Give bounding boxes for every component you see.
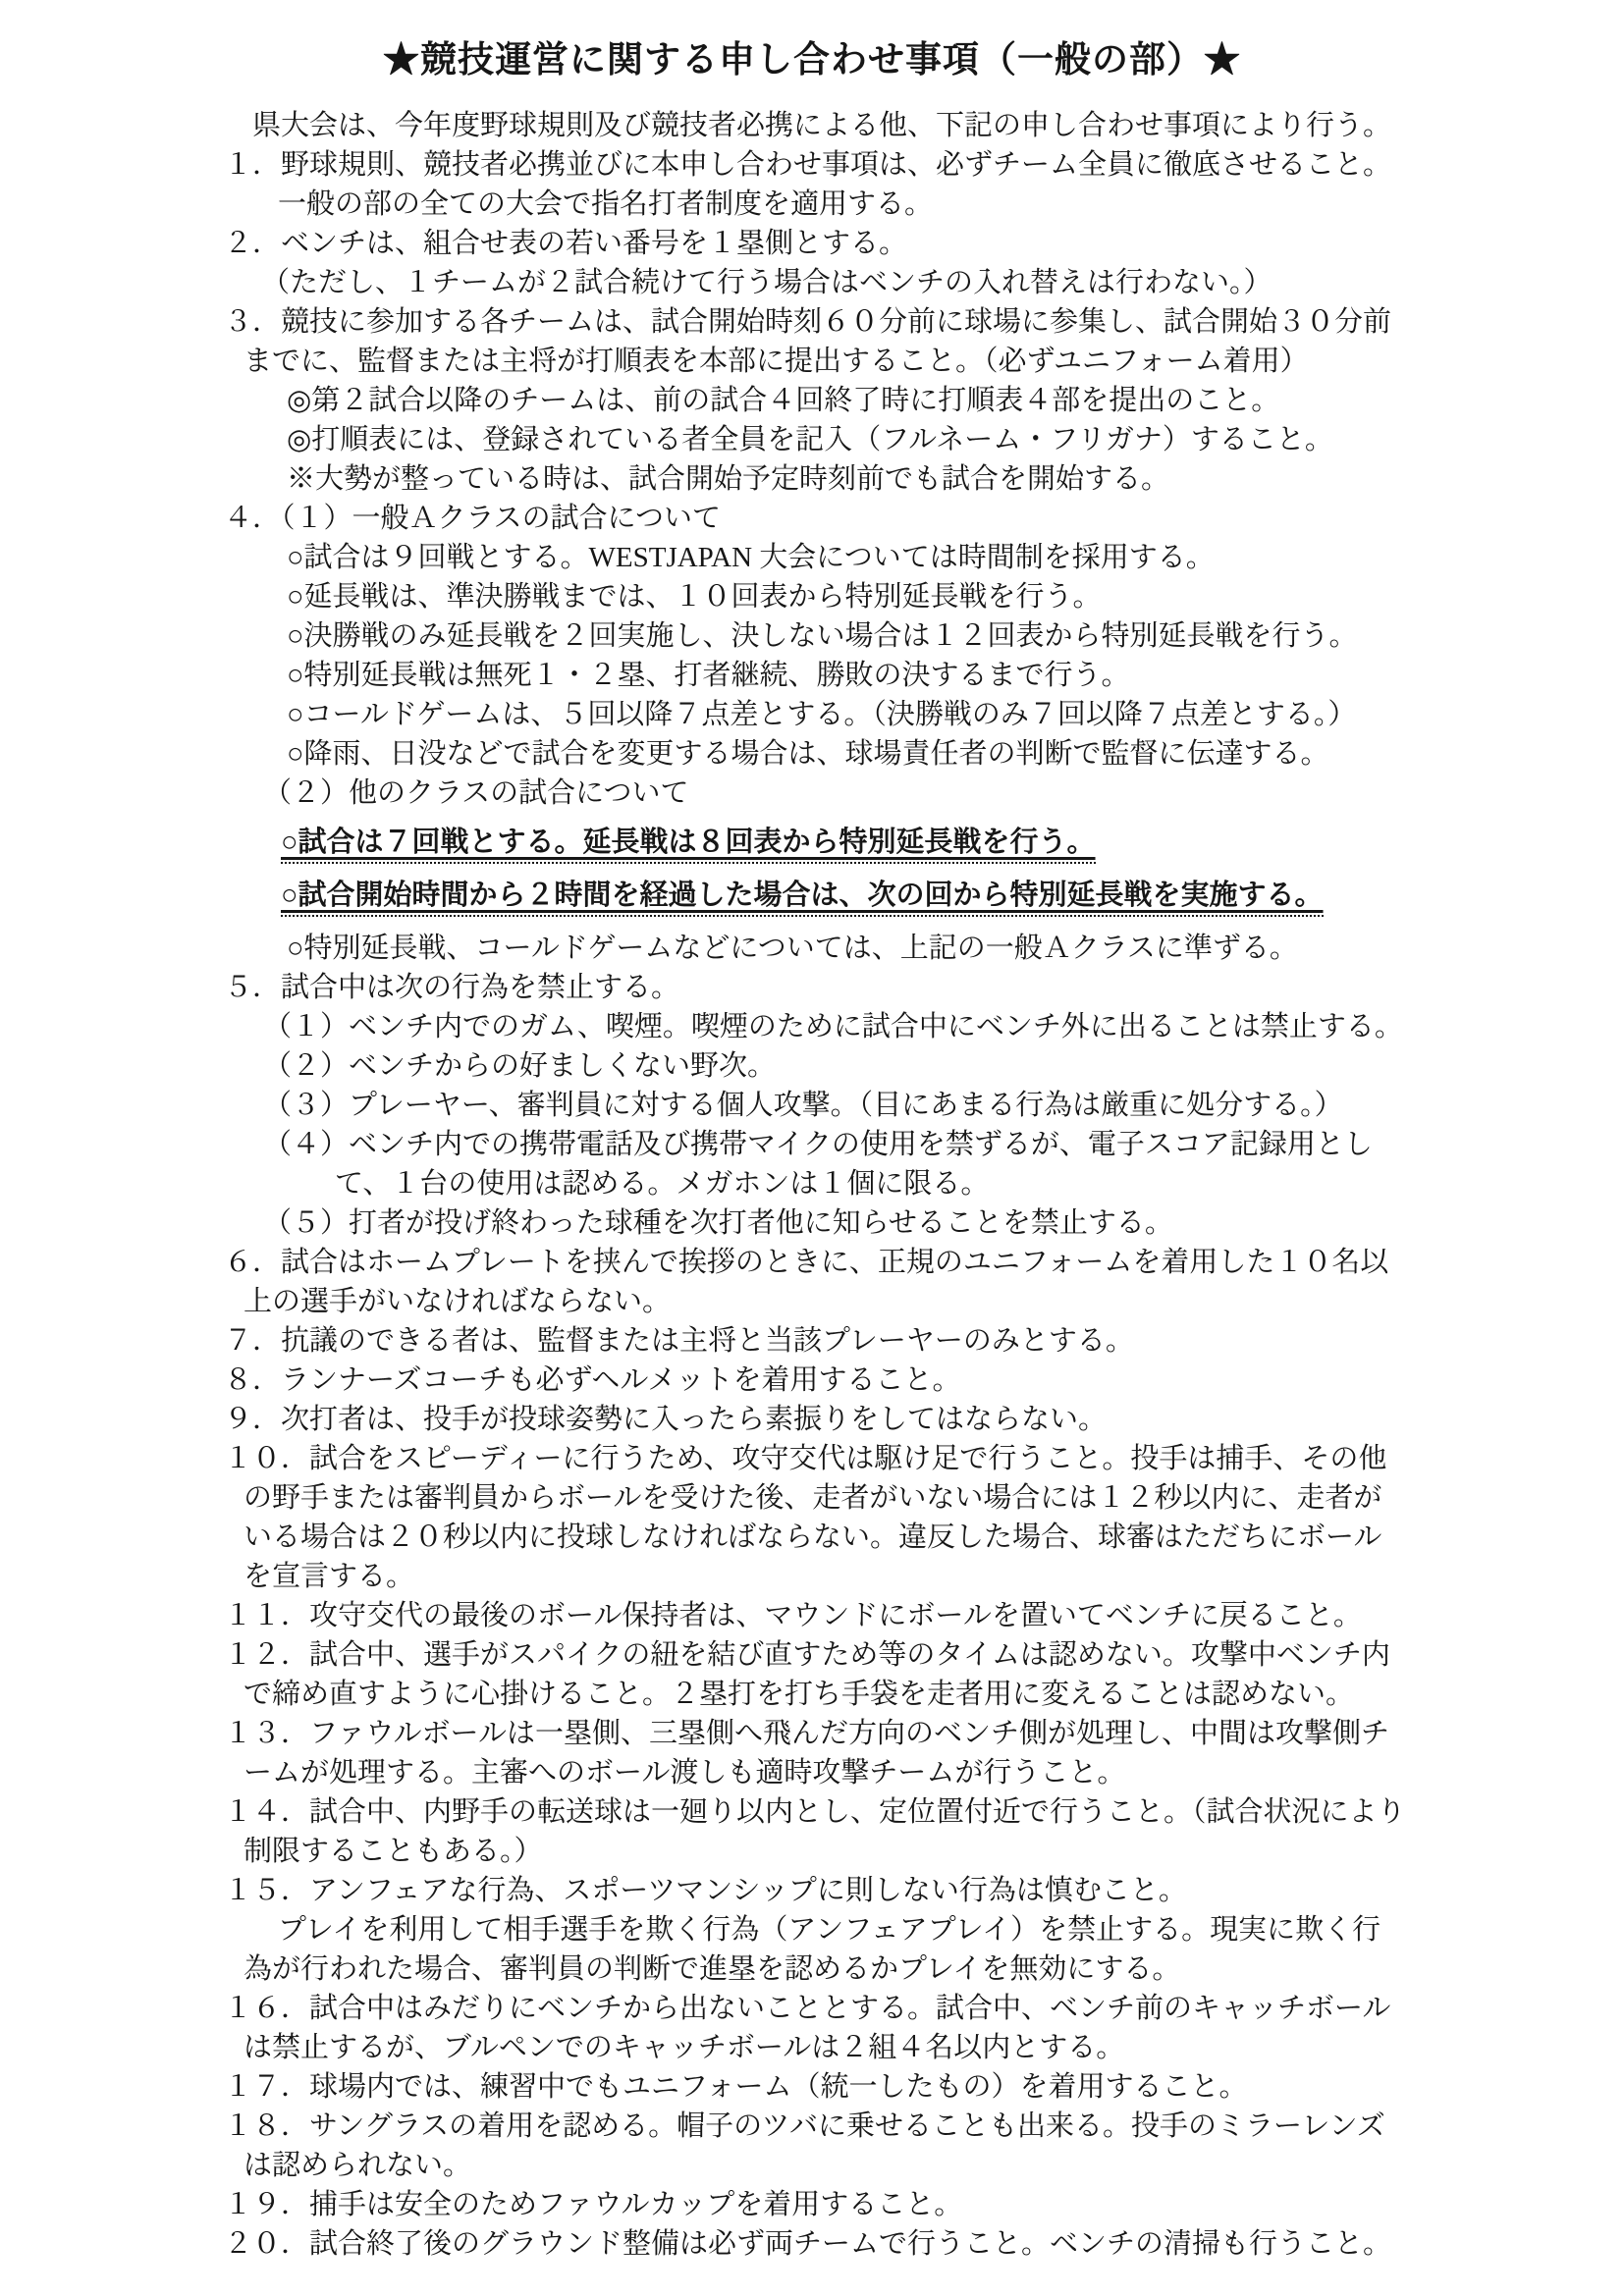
rule-5: ５．試合中は次の行為を禁止する。 [224, 968, 1407, 1007]
rule-4b-special-2: ○試合開始時間から２時間を経過した場合は、次の回から特別延長戦を実施する。 [224, 876, 1407, 915]
rule-4b-special-1: ○試合は７回戦とする。延長戦は８回表から特別延長戦を行う。 [224, 823, 1407, 862]
rule-3-note: ※大勢が整っている時は、試合開始予定時刻前でも試合を開始する。 [224, 459, 1407, 499]
rule-5-sub-3: （３）プレーヤー、審判員に対する個人攻撃。（目にあまる行為は厳重に処分する。） [224, 1086, 1407, 1125]
rule-19: １９．捕手は安全のためファウルカップを着用すること。 [224, 2185, 1407, 2224]
rule-4a-item-5: ○コールドゲームは、５回以降７点差とする。（決勝戦のみ７回以降７点差とする。） [224, 695, 1407, 734]
rule-7: ７．抗議のできる者は、監督または主将と当該プレーヤーのみとする。 [224, 1321, 1407, 1361]
underlined-text: ○試合開始時間から２時間を経過した場合は、次の回から特別延長戦を実施する。 [281, 880, 1324, 917]
rule-9: ９．次打者は、投手が投球姿勢に入ったら素振りをしてはならない。 [224, 1400, 1407, 1439]
rule-4-class-b-heading: （２）他のクラスの試合について [224, 774, 1407, 813]
rule-4a-item-3: ○決勝戦のみ延長戦を２回実施し、決しない場合は１２回表から特別延長戦を行う。 [224, 616, 1407, 656]
rule-8: ８．ランナーズコーチも必ずヘルメットを着用すること。 [224, 1361, 1407, 1400]
rule-15: １５．アンフェアな行為、スポーツマンシップに則しない行為は慎むこと。 [224, 1871, 1407, 1910]
underlined-text: ○試合は７回戦とする。延長戦は８回表から特別延長戦を行う。 [281, 827, 1096, 864]
rule-10: １０．試合をスピーディーに行うため、攻守交代は駆け足で行うこと。投手は捕手、その… [224, 1439, 1407, 1596]
rule-14: １４．試合中、内野手の転送球は一廻り以内とし、定位置付近で行うこと。（試合状況に… [224, 1792, 1407, 1871]
rule-4a-item-1: ○試合は９回戦とする。WESTJAPAN 大会については時間制を採用する。 [224, 538, 1407, 577]
rule-1-note: 一般の部の全ての大会で指名打者制度を適用する。 [224, 185, 1407, 224]
rule-4a-item-6: ○降雨、日没などで試合を変更する場合は、球場責任者の判断で監督に伝達する。 [224, 734, 1407, 774]
rule-3-sub-1: ◎第２試合以降のチームは、前の試合４回終了時に打順表４部を提出のこと。 [224, 381, 1407, 420]
rule-3-sub-2: ◎打順表には、登録されている者全員を記入（フルネーム・フリガナ）すること。 [224, 420, 1407, 459]
intro-note: 県大会は、今年度野球規則及び競技者必携による他、下記の申し合わせ事項により行う。 [224, 106, 1407, 145]
rule-2: ２．ベンチは、組合せ表の若い番号を１塁側とする。 [224, 224, 1407, 263]
rule-16: １６．試合中はみだりにベンチから出ないこととする。試合中、ベンチ前のキャッチボー… [224, 1989, 1407, 2067]
rule-4-class-a-heading: ４．（１）一般Ａクラスの試合について [224, 499, 1407, 538]
rule-5-sub-5: （５）打者が投げ終わった球種を次打者他に知らせることを禁止する。 [224, 1203, 1407, 1243]
rule-5-sub-1: （１）ベンチ内でのガム、喫煙。喫煙のために試合中にベンチ外に出ることは禁止する。 [224, 1007, 1407, 1046]
rule-18: １８．サングラスの着用を認める。帽子のツバに乗せることも出来る。投手のミラーレン… [224, 2107, 1407, 2185]
document-page: ★競技運営に関する申し合わせ事項（一般の部）★ 県大会は、今年度野球規則及び競技… [0, 0, 1624, 2264]
rule-4b-item-3: ○特別延長戦、コールドゲームなどについては、上記の一般Ａクラスに準ずる。 [224, 929, 1407, 968]
rule-11: １１．攻守交代の最後のボール保持者は、マウンドにボールを置いてベンチに戻ること。 [224, 1596, 1407, 1635]
rule-2-note: （ただし、１チームが２試合続けて行う場合はベンチの入れ替えは行わない。） [224, 263, 1407, 302]
rule-13: １３．ファウルボールは一塁側、三塁側へ飛んだ方向のベンチ側が処理し、中間は攻撃側… [224, 1714, 1407, 1792]
rule-6: ６．試合はホームプレートを挟んで挨拶のときに、正規のユニフォームを着用した１０名… [224, 1243, 1407, 1321]
rule-3: ３．競技に参加する各チームは、試合開始時刻６０分前に球場に参集し、試合開始３０分… [224, 302, 1407, 381]
rule-4a-item-2: ○延長戦は、準決勝戦までは、１０回表から特別延長戦を行う。 [224, 577, 1407, 616]
rule-4a-item-4: ○特別延長戦は無死１・２塁、打者継続、勝敗の決するまで行う。 [224, 656, 1407, 695]
document-title: ★競技運営に関する申し合わせ事項（一般の部）★ [0, 35, 1624, 86]
rule-17: １７．球場内では、練習中でもユニフォーム（統一したもの）を着用すること。 [224, 2067, 1407, 2107]
rule-15-note: プレイを利用して相手選手を欺く行為（アンフェアプレイ）を禁止する。現実に欺く行為… [224, 1910, 1407, 1989]
document-body: 県大会は、今年度野球規則及び競技者必携による他、下記の申し合わせ事項により行う。… [224, 106, 1407, 2264]
rule-20: ２０．試合終了後のグラウンド整備は必ず両チームで行うこと。ベンチの清掃も行うこと… [224, 2224, 1407, 2264]
rule-1: １．野球規則、競技者必携並びに本申し合わせ事項は、必ずチーム全員に徹底させること… [224, 145, 1407, 185]
rule-12: １２．試合中、選手がスパイクの紐を結び直すため等のタイムは認めない。攻撃中ベンチ… [224, 1635, 1407, 1714]
rule-5-sub-4: （４）ベンチ内での携帯電話及び携帯マイクの使用を禁ずるが、電子スコア記録用として… [224, 1125, 1407, 1203]
rule-5-sub-2: （２）ベンチからの好ましくない野次。 [224, 1046, 1407, 1086]
